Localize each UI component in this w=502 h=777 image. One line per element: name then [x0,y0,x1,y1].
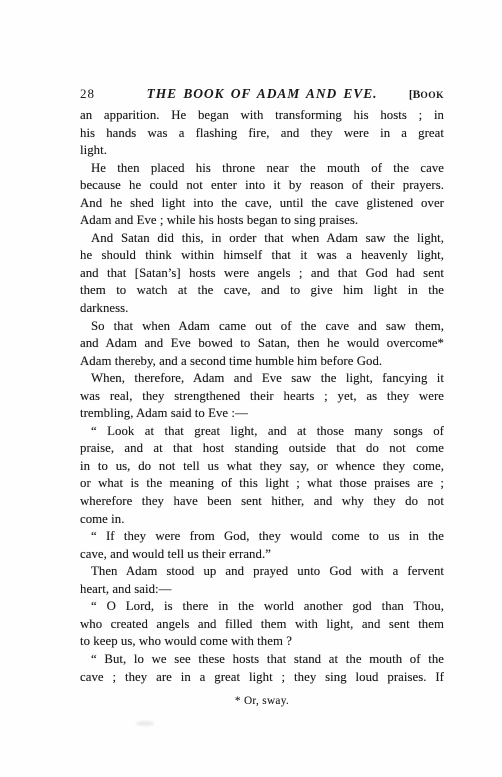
paragraph: “ But, lo we see these hosts that stand … [80,651,444,686]
text-line: So that when Adam came out of the cave a… [80,318,444,336]
paragraph: And Satan did this, in order that when A… [80,230,444,318]
paragraph: He then placed his throne near the mouth… [80,160,444,230]
text-line: was real, they strengthened their hearts… [80,388,444,406]
text-line: He then placed his throne near the mouth… [80,160,444,178]
text-line: or what is the meaning of this light ; w… [80,475,444,493]
text-line: because he could not enter into it by re… [80,177,444,195]
footnote: * Or, sway. [80,695,444,707]
running-header: 28 THE BOOK OF ADAM AND EVE. [BOOK [80,85,444,101]
text-line: come in. [80,511,444,529]
text-line: heart, and said:— [80,581,444,599]
paragraph: When, therefore, Adam and Eve saw the li… [80,370,444,423]
text-line: light. [80,142,444,160]
section-marker-word: OOK [420,91,444,101]
text-line: “ O Lord, is there in the world another … [80,598,444,616]
text-line: Adam thereby, and a second time humble h… [80,353,444,371]
text-line: “ But, lo we see these hosts that stand … [80,651,444,669]
paragraph: So that when Adam came out of the cave a… [80,318,444,371]
text-line: to keep us, who would come with them ? [80,633,444,651]
paragraph: an apparition. He began with transformin… [80,107,444,160]
text-line: who created angels and filled them with … [80,616,444,634]
text-line: cave, and would tell us their errand.” [80,546,444,564]
page-number: 28 [80,86,122,102]
text-line: And Satan did this, in order that when A… [80,230,444,248]
text-line: cave ; they are in a great light ; they … [80,669,444,687]
text-line: in to us, do not tell us what they say, … [80,458,444,476]
paragraph: Then Adam stood up and prayed unto God w… [80,563,444,598]
text-line: an apparition. He began with transformin… [80,107,444,125]
text-line: and that [Satan’s] hosts were angels ; a… [80,265,444,283]
paragraph: “ O Lord, is there in the world another … [80,598,444,651]
text-line: Adam and Eve ; while his hosts began to … [80,212,444,230]
scan-smudge-artifact [136,721,154,726]
text-line: he should think within himself that it w… [80,247,444,265]
text-line: his hands was a flashing fire, and they … [80,125,444,143]
text-line: “ If they were from God, they would come… [80,528,444,546]
text-line: darkness. [80,300,444,318]
paragraph: “ Look at that great light, and at those… [80,423,444,528]
text-line: wherefore they have been sent hither, an… [80,493,444,511]
paragraph: “ If they were from God, they would come… [80,528,444,563]
text-line: and Adam and Eve bowed to Satan, then he… [80,335,444,353]
text-line: praise, and at that host standing outsid… [80,440,444,458]
section-marker-bracket: [B [409,89,421,101]
text-line: Then Adam stood up and prayed unto God w… [80,563,444,581]
text-line: them to watch at the cave, and to give h… [80,282,444,300]
page-title: THE BOOK OF ADAM AND EVE. [122,86,402,102]
page-body: an apparition. He began with transformin… [80,107,444,686]
text-line: When, therefore, Adam and Eve saw the li… [80,370,444,388]
section-marker: [BOOK [402,85,444,103]
text-line: “ Look at that great light, and at those… [80,423,444,441]
book-page: 28 THE BOOK OF ADAM AND EVE. [BOOK an ap… [0,0,502,777]
text-line: And he shed light into the cave, until t… [80,195,444,213]
text-line: trembling, Adam said to Eve :— [80,405,444,423]
